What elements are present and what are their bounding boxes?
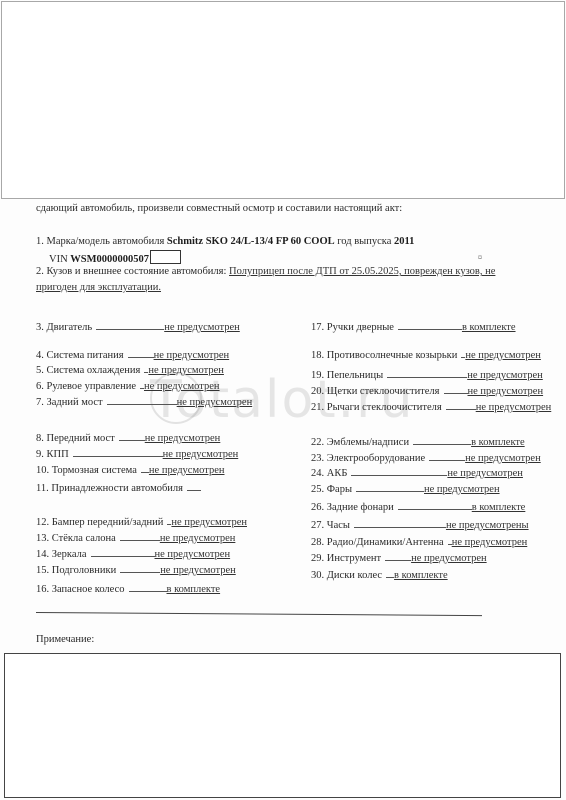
- checklist-row: 26. Задние фонарив комплекте: [311, 500, 525, 514]
- checklist-row: 13. Стёкла салонане предусмотрен: [36, 531, 235, 545]
- checklist-row: 8. Передний мостне предусмотрен: [36, 431, 220, 445]
- year-label: год выпуска: [337, 236, 391, 247]
- checklist-label: 16. Запасное колесо: [36, 584, 125, 595]
- blank-line: [446, 400, 476, 410]
- checklist-value: не предусмотрен: [447, 468, 523, 479]
- blank-line: [96, 320, 164, 330]
- checklist-row: 12. Бампер передний/заднийне предусмотре…: [36, 515, 247, 529]
- blank-line: [398, 500, 472, 510]
- checklist-row: 19. Пепельницыне предусмотрен: [311, 368, 543, 382]
- checklist-label: 23. Электрооборудование: [311, 453, 425, 464]
- blank-line: [385, 551, 411, 561]
- checklist-value: не предусмотрен: [145, 433, 221, 444]
- checklist-value: не предусмотрен: [411, 553, 487, 564]
- checklist-label: 14. Зеркала: [36, 549, 87, 560]
- redacted-footer-area: [4, 653, 561, 798]
- blank-line: [398, 320, 462, 330]
- checklist-row: 11. Принадлежности автомобиля: [36, 481, 201, 495]
- checklist-value: не предусмотрен: [155, 549, 231, 560]
- checklist-row: 10. Тормозная системане предусмотрен: [36, 463, 224, 477]
- checklist-row: 20. Щетки стеклоочистителяне предусмотре…: [311, 384, 543, 398]
- blank-line: [429, 451, 465, 461]
- checklist-row: 18. Противосолнечные козырькине предусмо…: [311, 348, 541, 362]
- checklist-value: в комплекте: [471, 437, 525, 448]
- checklist-value: не предусмотрен: [171, 517, 247, 528]
- blank-line: [387, 368, 467, 378]
- vin-value: WSM0000000507: [70, 254, 149, 265]
- checklist-label: 13. Стёкла салона: [36, 533, 116, 544]
- checklist-row: 3. Двигательне предусмотрен: [36, 320, 240, 334]
- vehicle-year: 2011: [394, 236, 414, 247]
- item-1-label: 1. Марка/модель автомобиля: [36, 236, 164, 247]
- checklist-value: не предусмотрен: [160, 565, 236, 576]
- blank-line: [120, 563, 160, 573]
- blank-line: [73, 447, 163, 457]
- vin-label: VIN: [49, 254, 68, 265]
- redacted-header-area: [1, 1, 565, 199]
- checklist-label: 26. Задние фонари: [311, 502, 394, 513]
- checklist-label: 21. Рычаги стеклоочистителя: [311, 402, 442, 413]
- checklist-row: 7. Задний мостне предусмотрен: [36, 395, 252, 409]
- checklist-label: 11. Принадлежности автомобиля: [36, 483, 183, 494]
- checklist-label: 15. Подголовники: [36, 565, 116, 576]
- checklist-label: 18. Противосолнечные козырьки: [311, 350, 457, 361]
- checklist-label: 4. Система питания: [36, 350, 124, 361]
- checklist-label: 27. Часы: [311, 520, 350, 531]
- checklist-row: 5. Система охлажденияне предусмотрен: [36, 363, 224, 377]
- vin-redaction-box: [150, 250, 181, 264]
- item-2-value-line2: пригоден для эксплуатации.: [36, 282, 161, 293]
- blank-line: [413, 435, 471, 445]
- checklist-row: 28. Радио/Динамики/Антеннане предусмотре…: [311, 535, 527, 549]
- checklist-label: 20. Щетки стеклоочистителя: [311, 386, 440, 397]
- blank-line: [351, 466, 447, 476]
- checklist-value: не предусмотрены: [446, 520, 529, 531]
- blank-line: [107, 395, 177, 405]
- checklist-label: 8. Передний мост: [36, 433, 115, 444]
- checklist-label: 5. Система охлаждения: [36, 365, 140, 376]
- item-1-vin: VIN WSM0000000507: [49, 250, 181, 266]
- checklist-row: 30. Диски колесв комплекте: [311, 568, 448, 582]
- checklist-row: 22. Эмблемы/надписив комплекте: [311, 435, 525, 449]
- checklist-row: 24. АКБне предусмотрен: [311, 466, 523, 480]
- checklist-row: 15. Подголовникине предусмотрен: [36, 563, 236, 577]
- checklist-row: 23. Электрооборудованиене предусмотрен: [311, 451, 541, 465]
- checklist-value: в комплекте: [462, 322, 516, 333]
- checklist-row: 9. КППне предусмотрен: [36, 447, 238, 461]
- checklist-label: 17. Ручки дверные: [311, 322, 394, 333]
- checklist-value: не предусмотрен: [164, 322, 240, 333]
- blank-line: [187, 481, 201, 491]
- blank-line: [91, 547, 155, 557]
- checklist-value: не предусмотрен: [149, 465, 225, 476]
- checklist-value: не предусмотрен: [148, 365, 224, 376]
- checklist-row: 16. Запасное колесов комплекте: [36, 582, 220, 596]
- item-2-cont: пригоден для эксплуатации.: [36, 282, 161, 294]
- checklist-value: в комплекте: [394, 570, 448, 581]
- note-label: Примечание:: [36, 634, 94, 646]
- checklist-value: не предусмотрен: [177, 397, 253, 408]
- checklist-label: 7. Задний мост: [36, 397, 103, 408]
- checklist-label: 24. АКБ: [311, 468, 347, 479]
- item-1-model: 1. Марка/модель автомобиля Schmitz SKO 2…: [36, 236, 414, 248]
- checklist-label: 10. Тормозная система: [36, 465, 137, 476]
- checklist-value: в комплекте: [167, 584, 221, 595]
- intro-text: сдающий автомобиль, произвели совместный…: [36, 203, 402, 215]
- checklist-value: не предусмотрен: [468, 386, 544, 397]
- checklist-value: не предусмотрен: [154, 350, 230, 361]
- blank-line: [141, 463, 149, 473]
- checklist-label: 9. КПП: [36, 449, 69, 460]
- checklist-label: 12. Бампер передний/задний: [36, 517, 163, 528]
- checklist-value: не предусмотрен: [465, 350, 541, 361]
- blank-line: [354, 518, 446, 528]
- checklist-label: 6. Рулевое управление: [36, 381, 136, 392]
- checklist-label: 28. Радио/Динамики/Антенна: [311, 537, 444, 548]
- checklist-value: не предусмотрен: [424, 484, 500, 495]
- item-2-value-line1: Полуприцеп после ДТП от 25.05.2025, повр…: [229, 266, 495, 277]
- checklist-row: 27. Часыне предусмотрены: [311, 518, 529, 532]
- blank-line: [386, 568, 394, 578]
- blank-line: [128, 348, 154, 358]
- checklist-value: не предусмотрен: [467, 370, 543, 381]
- checklist-label: 19. Пепельницы: [311, 370, 383, 381]
- checklist-row: 25. Фарыне предусмотрен: [311, 482, 500, 496]
- checklist-value: не предусмотрен: [476, 402, 552, 413]
- blank-line: [120, 531, 160, 541]
- checklist-label: 25. Фары: [311, 484, 352, 495]
- checklist-label: 30. Диски колес: [311, 570, 382, 581]
- blank-line: [356, 482, 424, 492]
- blank-line: [129, 582, 167, 592]
- checklist-row: 17. Ручки дверныев комплекте: [311, 320, 516, 334]
- blank-line: [444, 384, 468, 394]
- stray-mark: ¤: [478, 253, 482, 262]
- checklist-value: не предусмотрен: [465, 453, 541, 464]
- checklist-value: в комплекте: [472, 502, 526, 513]
- checklist-label: 29. Инструмент: [311, 553, 381, 564]
- separator-line: [36, 612, 482, 616]
- item-2: 2. Кузов и внешнее состояние автомобиля:…: [36, 266, 495, 278]
- checklist-label: 22. Эмблемы/надписи: [311, 437, 409, 448]
- checklist-row: 29. Инструментне предусмотрен: [311, 551, 487, 565]
- checklist-label: 3. Двигатель: [36, 322, 92, 333]
- checklist-value: не предусмотрен: [160, 533, 236, 544]
- checklist-row: 4. Система питанияне предусмотрен: [36, 348, 229, 362]
- checklist-row: 6. Рулевое управлениене предусмотрен: [36, 379, 220, 393]
- checklist-value: не предусмотрен: [144, 381, 220, 392]
- checklist-value: не предусмотрен: [163, 449, 239, 460]
- item-2-label: 2. Кузов и внешнее состояние автомобиля:: [36, 266, 226, 277]
- checklist-value: не предусмотрен: [452, 537, 528, 548]
- checklist-row: 21. Рычаги стеклоочистителяне предусмотр…: [311, 400, 551, 414]
- blank-line: [119, 431, 145, 441]
- vehicle-model: Schmitz SKO 24/L-13/4 FP 60 COOL: [167, 236, 335, 247]
- checklist-row: 14. Зеркалане предусмотрен: [36, 547, 230, 561]
